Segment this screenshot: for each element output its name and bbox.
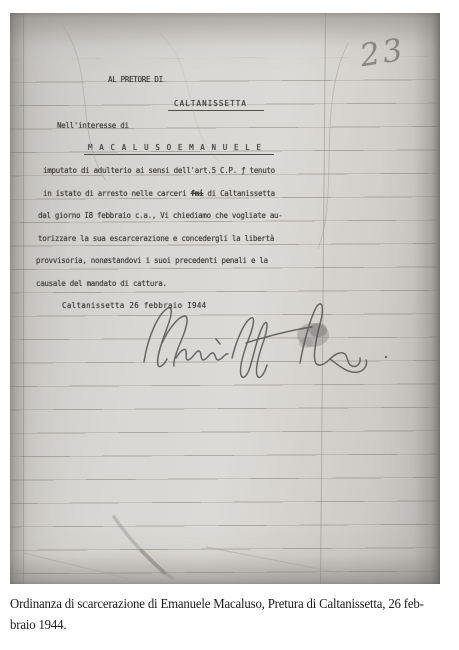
typed-body-line: torizzare la sua escarcerazione e conced… [38,234,274,243]
typed-subject-name: M A C A L U S O E M A N U E L E [88,143,262,152]
margin-line-left [23,13,24,584]
subject-name-underline [84,154,274,155]
body-line2-post: di Caltanissetta [203,189,275,198]
body-line2-struck-word: fmi [191,189,204,198]
typed-body-line: dal giorno I8 febbraio c.a., Vi chiediam… [38,211,283,220]
photo-caption: Ordinanza di scarcerazione di Emanuele M… [10,594,428,635]
handwritten-page-number: 23 [357,32,408,75]
typed-interest-line: Nell'interesse di [57,121,129,130]
caption-line-1: Ordinanza di scarcerazione di Emanuele M… [10,594,428,615]
body-line2-pre: in istato di arresto nelle carceri [43,189,191,198]
document-photo: 23 AL PRETORE DI CALTANISSETTA Nell'inte… [10,13,440,584]
typed-body-line: imputato di adulterio ai sensi dell'art.… [43,166,275,175]
typed-addressee-line: AL PRETORE DI [108,75,163,84]
ruled-lines [10,57,440,584]
court-name-underline [168,110,264,111]
typed-body-line: causale del mandato di cattura. [36,279,167,288]
caption-line-2: braio 1944. [10,615,428,636]
typed-body-line: provvisoria, nonøstandovi i suoi precede… [36,256,268,265]
typed-body-line: in istato di arresto nelle carceri fmi d… [43,189,275,198]
typed-dateline: Caltanissetta 26 febbraio I944 [62,301,206,310]
typed-court-name: CALTANISSETTA [174,99,247,108]
